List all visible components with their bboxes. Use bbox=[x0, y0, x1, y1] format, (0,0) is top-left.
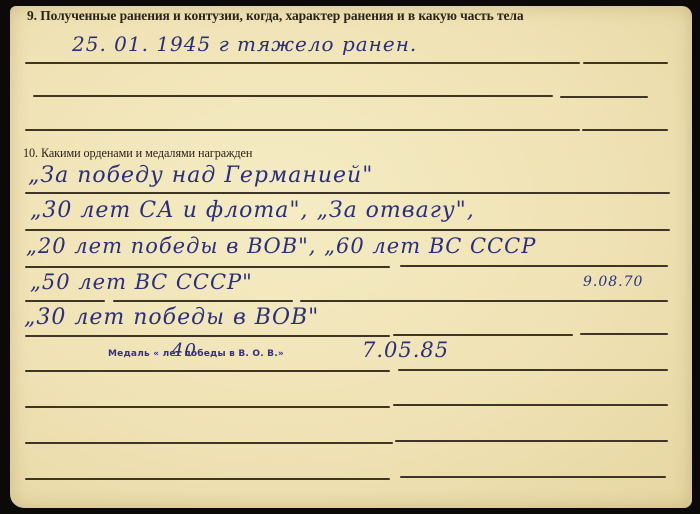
section-9-entry: 25. 01. 1945 г тяжело ранен. bbox=[72, 32, 417, 56]
ruled-line bbox=[560, 96, 648, 98]
stamp-number: 40 bbox=[172, 340, 197, 361]
section-10-label: 10. Какими орденами и медалями награжден bbox=[23, 145, 252, 161]
stamp-date: 7.05.85 bbox=[362, 338, 449, 362]
ruled-line bbox=[393, 404, 668, 406]
ruled-line bbox=[393, 334, 573, 336]
ruled-line bbox=[400, 265, 668, 267]
ruled-line bbox=[400, 476, 666, 478]
award-entry: „30 лет СА и флота", „За отвагу", bbox=[30, 198, 475, 223]
ruled-line bbox=[25, 406, 390, 408]
award-date-1970: 9.08.70 bbox=[583, 274, 643, 290]
ruled-line bbox=[583, 62, 668, 64]
ruled-line bbox=[25, 335, 390, 337]
ruled-line bbox=[395, 440, 668, 442]
ruled-line bbox=[33, 95, 553, 97]
ruled-line bbox=[25, 129, 580, 131]
ruled-line bbox=[25, 229, 670, 231]
ruled-line bbox=[25, 266, 390, 268]
ruled-line bbox=[25, 478, 390, 480]
award-entry: „20 лет победы в ВОВ", „60 лет ВС СССР bbox=[26, 234, 536, 258]
ruled-line bbox=[25, 442, 393, 444]
ruled-line bbox=[25, 370, 390, 372]
ruled-line bbox=[580, 333, 668, 335]
award-entry: „50 лет ВС СССР" bbox=[30, 270, 253, 294]
award-entry: „За победу над Германией" bbox=[28, 163, 373, 188]
award-entry: „30 лет победы в ВОВ" bbox=[24, 305, 319, 330]
ruled-line bbox=[113, 300, 293, 302]
section-9-label: 9. Полученные ранения и контузии, когда,… bbox=[27, 8, 524, 24]
ruled-line bbox=[25, 192, 670, 194]
ruled-line bbox=[300, 300, 668, 302]
ruled-line bbox=[398, 369, 668, 371]
ruled-line bbox=[582, 129, 668, 131]
ruled-line bbox=[25, 62, 580, 64]
ruled-line bbox=[25, 300, 105, 302]
